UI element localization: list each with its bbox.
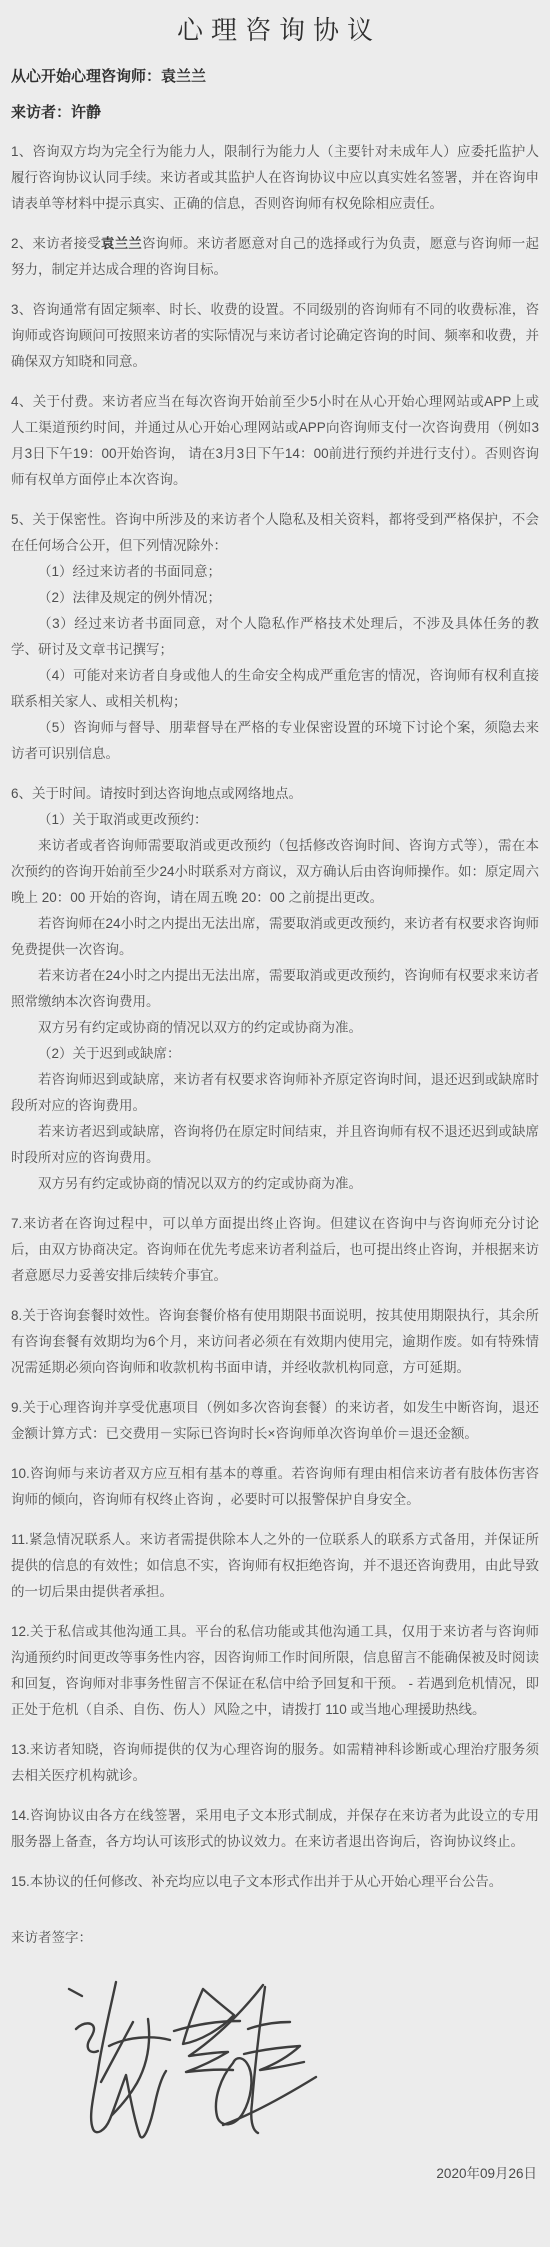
clause-2: 2、来访者接受袁兰兰咨询师。来访者愿意对自己的选择或行为负责，愿意与咨询师一起努… xyxy=(11,231,539,283)
clause-5-item-1: （1）经过来访者的书面同意； xyxy=(11,559,539,585)
clause-6-item-5: 双方另有约定或协商的情况以双方的约定或协商为准。 xyxy=(11,1015,539,1041)
page-title: 心理咨询协议 xyxy=(11,10,539,47)
clause-5-item-5: （5）咨询师与督导、朋辈督导在严格的专业保密设置的环境下讨论个案，须隐去来访者可… xyxy=(11,715,539,767)
clause-13: 13.来访者知晓，咨询师提供的仅为心理咨询的服务。如需精神科诊断或心理治疗服务须… xyxy=(11,1737,539,1789)
visitor-signature xyxy=(27,1965,539,2155)
clause-15: 15.本协议的任何修改、补充均应以电子文本形式作出并于从心开始心理平台公告。 xyxy=(11,1869,539,1895)
clause-6: 6、关于时间。请按时到达咨询地点或网络地点。 （1）关于取消或更改预约： 来访者… xyxy=(11,781,539,1197)
clause-12: 12.关于私信或其他沟通工具。平台的私信功能或其他沟通工具，仅用于来访者与咨询师… xyxy=(11,1619,539,1723)
clause-2-pre: 2、来访者接受 xyxy=(11,236,101,251)
clause-7: 7.来访者在咨询过程中，可以单方面提出终止咨询。但建议在咨询中与咨询师充分讨论后… xyxy=(11,1211,539,1289)
clause-6-item-3: 若咨询师在24小时之内提出无法出席，需要取消或更改预约，来访者有权要求咨询师免费… xyxy=(11,911,539,963)
clause-3: 3、咨询通常有固定频率、时长、收费的设置。不同级别的咨询师有不同的收费标准，咨询… xyxy=(11,297,539,375)
clause-5-item-2: （2）法律及规定的例外情况； xyxy=(11,585,539,611)
visitor-name-line: 来访者：许静 xyxy=(11,103,539,123)
clause-10: 10.咨询师与来访者双方应互相有基本的尊重。若咨询师有理由相信来访者有肢体伤害咨… xyxy=(11,1461,539,1513)
clause-6-item-9: 双方另有约定或协商的情况以双方的约定或协商为准。 xyxy=(11,1171,539,1197)
clause-5-item-3: （3）经过来访者书面同意，对个人隐私作严格技术处理后，不涉及具体任务的教学、研讨… xyxy=(11,611,539,663)
clause-6-item-6: （2）关于迟到或缺席： xyxy=(11,1041,539,1067)
clause-1: 1、咨询双方均为完全行为能力人，限制行为能力人（主要针对未成年人）应委托监护人履… xyxy=(11,139,539,217)
clause-6-main: 6、关于时间。请按时到达咨询地点或网络地点。 xyxy=(11,781,539,807)
clause-4: 4、关于付费。来访者应当在每次咨询开始前至少5小时在从心开始心理网站或APP上或… xyxy=(11,389,539,493)
clause-6-item-1: （1）关于取消或更改预约： xyxy=(11,807,539,833)
agreement-page: 心理咨询协议 从心开始心理咨询师：袁兰兰 来访者：许静 1、咨询双方均为完全行为… xyxy=(0,0,550,2247)
clause-5-main: 5、关于保密性。咨询中所涉及的来访者个人隐私及相关资料，都将受到严格保护，不会在… xyxy=(11,507,539,559)
clause-5: 5、关于保密性。咨询中所涉及的来访者个人隐私及相关资料，都将受到严格保护，不会在… xyxy=(11,507,539,767)
clause-5-item-4: （4）可能对来访者自身或他人的生命安全构成严重危害的情况，咨询师有权利直接联系相… xyxy=(11,663,539,715)
clause-6-item-2: 来访者或者咨询师需要取消或更改预约（包括修改咨询时间、咨询方式等），需在本次预约… xyxy=(11,833,539,911)
clause-6-item-7: 若咨询师迟到或缺席，来访者有权要求咨询师补齐原定咨询时间，退还迟到或缺席时段所对… xyxy=(11,1067,539,1119)
clause-14: 14.咨询协议由各方在线签署，采用电子文本形式制成，并保存在来访者为此设立的专用… xyxy=(11,1803,539,1855)
clause-2-counselor-name: 袁兰兰 xyxy=(101,236,142,251)
clause-11: 11.紧急情况联系人。来访者需提供除本人之外的一位联系人的联系方式备用，并保证所… xyxy=(11,1527,539,1605)
visitor-signature-label: 来访者签字： xyxy=(11,1925,539,1951)
clause-9: 9.关于心理咨询并享受优惠项目（例如多次咨询套餐）的来访者，如发生中断咨询，退还… xyxy=(11,1395,539,1447)
signature-date: 2020年09月26日 xyxy=(11,2161,537,2187)
handwritten-signature-icon xyxy=(27,1965,347,2155)
clause-6-item-8: 若来访者迟到或缺席，咨询将仍在原定时间结束，并且咨询师有权不退还迟到或缺席时段所… xyxy=(11,1119,539,1171)
clause-8: 8.关于咨询套餐时效性。咨询套餐价格有使用期限书面说明，按其使用期限执行，其余所… xyxy=(11,1303,539,1381)
clause-6-item-4: 若来访者在24小时之内提出无法出席，需要取消或更改预约，咨询师有权要求来访者照常… xyxy=(11,963,539,1015)
counselor-name-line: 从心开始心理咨询师：袁兰兰 xyxy=(11,67,539,87)
